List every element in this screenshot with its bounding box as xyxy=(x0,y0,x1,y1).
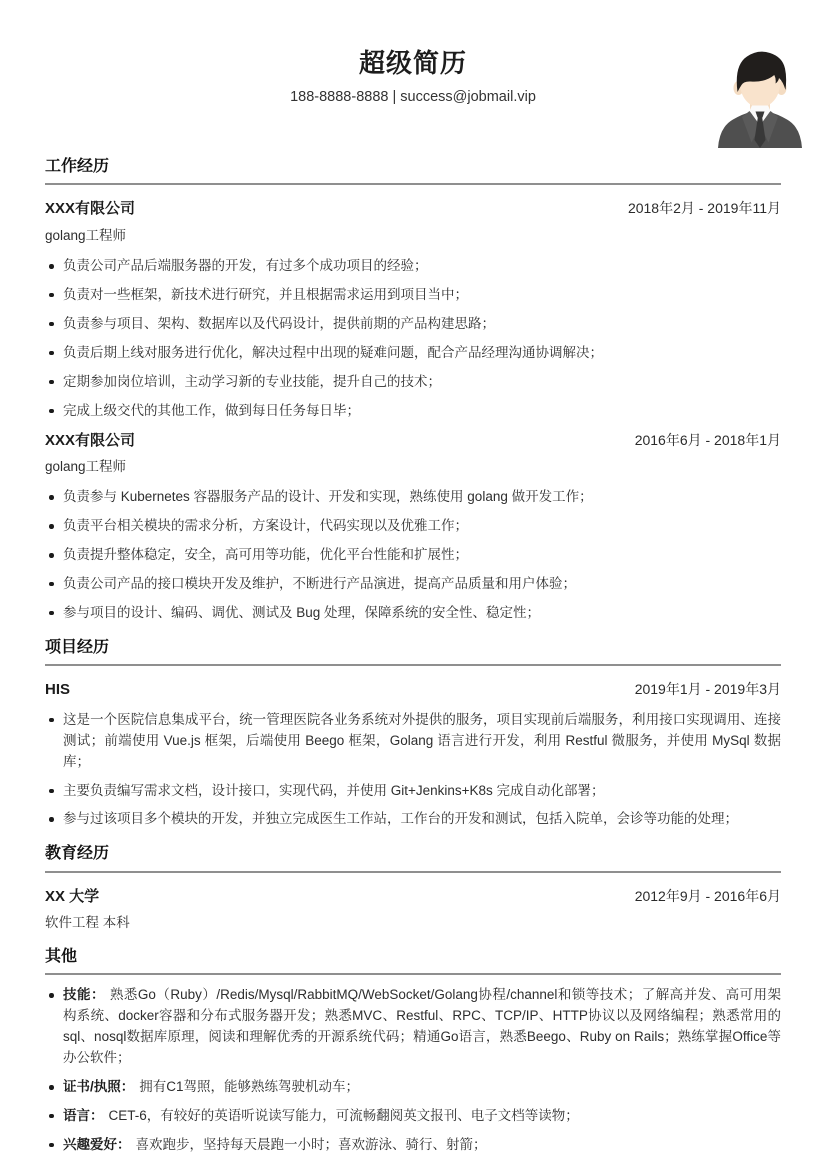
contact-line: 188-8888-8888 | success@jobmail.vip xyxy=(0,89,826,105)
bullet-item: 完成上级交代的其他工作，做到每日任务每日毕； xyxy=(45,401,781,422)
project-entry: HIS 2019年1月 - 2019年3月 这是一个医院信息集成平台，统一管理医… xyxy=(45,679,781,830)
other-item-label: 兴趣爱好： xyxy=(63,1137,131,1152)
other-item-label: 证书/执照： xyxy=(63,1079,134,1094)
education-entry: XX 大学 2012年9月 - 2016年6月 软件工程 本科 xyxy=(45,886,781,934)
other-section-title: 其他 xyxy=(45,947,781,975)
other-item: 兴趣爱好：喜欢跑步，坚持每天晨跑一小时；喜欢游泳、骑行、射箭； xyxy=(45,1135,781,1156)
person-avatar-icon xyxy=(709,42,811,148)
degree: 软件工程 本科 xyxy=(45,914,781,933)
date-range: 2016年6月 - 2018年1月 xyxy=(635,430,781,450)
bullet-item: 负责后期上线对服务进行优化，解决过程中出现的疑难问题，配合产品经理沟通协调解决； xyxy=(45,343,781,364)
other-item-label: 技能： xyxy=(63,987,105,1002)
avatar xyxy=(709,42,811,148)
work-section-title: 工作经历 xyxy=(45,157,781,185)
other-item-text: 拥有C1驾照，能够熟练驾驶机动车； xyxy=(139,1079,359,1094)
bullet-list: 负责公司产品后端服务器的开发，有过多个成功项目的经验； 负责对一些框架，新技术进… xyxy=(45,256,781,422)
projects-section-title: 项目经历 xyxy=(45,638,781,666)
section-other: 其他 技能：熟悉Go（Ruby）/Redis/Mysql/RabbitMQ/We… xyxy=(45,947,781,1156)
other-item-text: 熟悉Go（Ruby）/Redis/Mysql/RabbitMQ/WebSocke… xyxy=(63,987,781,1065)
other-item-text: CET-6，有较好的英语听说读写能力，可流畅翻阅英文报刊、电子文档等读物； xyxy=(109,1108,579,1123)
bullet-item: 负责对一些框架，新技术进行研究，并且根据需求运用到项目当中； xyxy=(45,285,781,306)
section-work: 工作经历 XXX有限公司 2018年2月 - 2019年11月 golang工程… xyxy=(45,157,781,624)
resume-page: 超级简历 188-8888-8888 | success@jobmail.vip xyxy=(0,0,826,1169)
other-item: 技能：熟悉Go（Ruby）/Redis/Mysql/RabbitMQ/WebSo… xyxy=(45,985,781,1069)
other-item-label: 语言： xyxy=(63,1108,104,1123)
section-projects: 项目经历 HIS 2019年1月 - 2019年3月 这是一个医院信息集成平台，… xyxy=(45,638,781,831)
other-item-text: 喜欢跑步，坚持每天晨跑一小时；喜欢游泳、骑行、射箭； xyxy=(136,1137,487,1152)
job-role: golang工程师 xyxy=(45,458,781,477)
school-name: XX 大学 xyxy=(45,888,99,907)
page-title: 超级简历 xyxy=(0,48,826,79)
company-name: XXX有限公司 xyxy=(45,432,135,451)
work-entry: XXX有限公司 2016年6月 - 2018年1月 golang工程师 负责参与… xyxy=(45,430,781,624)
work-entry: XXX有限公司 2018年2月 - 2019年11月 golang工程师 负责公… xyxy=(45,198,781,421)
project-entry-head: HIS 2019年1月 - 2019年3月 xyxy=(45,679,781,700)
resume-content: 工作经历 XXX有限公司 2018年2月 - 2019年11月 golang工程… xyxy=(0,157,826,1156)
bullet-item: 负责公司产品后端服务器的开发，有过多个成功项目的经验； xyxy=(45,256,781,277)
other-list: 技能：熟悉Go（Ruby）/Redis/Mysql/RabbitMQ/WebSo… xyxy=(45,985,781,1155)
bullet-item: 负责公司产品的接口模块开发及维护，不断进行产品演进，提高产品质量和用户体验； xyxy=(45,574,781,595)
bullet-item: 负责提升整体稳定，安全，高可用等功能，优化平台性能和扩展性； xyxy=(45,545,781,566)
bullet-item: 参与项目的设计、编码、调优、测试及 Bug 处理，保障系统的安全性、稳定性； xyxy=(45,603,781,624)
bullet-item: 负责参与项目、架构、数据库以及代码设计，提供前期的产品构建思路； xyxy=(45,314,781,335)
company-name: XXX有限公司 xyxy=(45,200,135,219)
job-role: golang工程师 xyxy=(45,227,781,246)
resume-header: 超级简历 188-8888-8888 | success@jobmail.vip xyxy=(0,0,826,105)
education-section-title: 教育经历 xyxy=(45,844,781,872)
other-item: 证书/执照：拥有C1驾照，能够熟练驾驶机动车； xyxy=(45,1077,781,1098)
other-item: 语言：CET-6，有较好的英语听说读写能力，可流畅翻阅英文报刊、电子文档等读物； xyxy=(45,1106,781,1127)
bullet-item: 负责平台相关模块的需求分析，方案设计，代码实现以及优雅工作； xyxy=(45,516,781,537)
section-education: 教育经历 XX 大学 2012年9月 - 2016年6月 软件工程 本科 xyxy=(45,844,781,933)
bullet-item: 主要负责编写需求文档，设计接口，实现代码，并使用 Git+Jenkins+K8s… xyxy=(45,781,781,802)
bullet-list: 这是一个医院信息集成平台，统一管理医院各业务系统对外提供的服务，项目实现前后端服… xyxy=(45,710,781,831)
bullet-item: 定期参加岗位培训，主动学习新的专业技能，提升自己的技术； xyxy=(45,372,781,393)
bullet-list: 负责参与 Kubernetes 容器服务产品的设计、开发和实现，熟练使用 gol… xyxy=(45,487,781,624)
date-range: 2019年1月 - 2019年3月 xyxy=(635,679,781,699)
date-range: 2018年2月 - 2019年11月 xyxy=(628,198,781,218)
education-entry-head: XX 大学 2012年9月 - 2016年6月 xyxy=(45,886,781,907)
bullet-item: 这是一个医院信息集成平台，统一管理医院各业务系统对外提供的服务，项目实现前后端服… xyxy=(45,710,781,773)
bullet-item: 参与过该项目多个模块的开发，并独立完成医生工作站，工作台的开发和测试，包括入院单… xyxy=(45,809,781,830)
date-range: 2012年9月 - 2016年6月 xyxy=(635,886,781,906)
bullet-item: 负责参与 Kubernetes 容器服务产品的设计、开发和实现，熟练使用 gol… xyxy=(45,487,781,508)
work-entry-head: XXX有限公司 2018年2月 - 2019年11月 xyxy=(45,198,781,219)
project-name: HIS xyxy=(45,681,70,700)
work-entry-head: XXX有限公司 2016年6月 - 2018年1月 xyxy=(45,430,781,451)
